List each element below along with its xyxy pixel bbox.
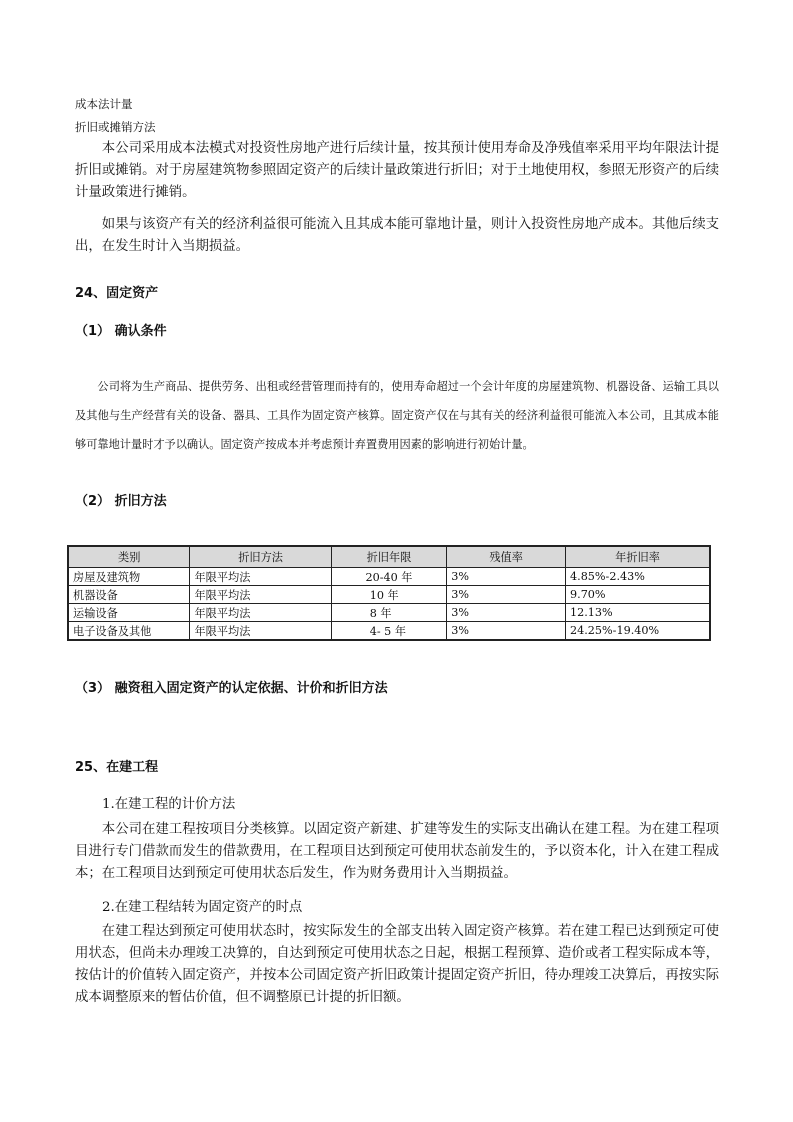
cell-years: 4- 5 年 (331, 622, 447, 641)
table-row: 电子设备及其他 年限平均法 4- 5 年 3% 24.25%-19.40% (68, 622, 710, 641)
cell-category: 房屋及建筑物 (68, 568, 190, 586)
table-row: 机器设备 年限平均法 10 年 3% 9.70% (68, 586, 710, 604)
cell-residual-rate: 3% (447, 604, 566, 622)
col-header-years: 折旧年限 (331, 546, 447, 568)
cell-residual-rate: 3% (447, 622, 566, 641)
cell-years: 10 年 (331, 586, 447, 604)
section-24-heading: 24、固定资产 (75, 282, 158, 301)
construction-transfer-item: 2.在建工程结转为固定资产的时点 (102, 896, 302, 915)
cell-method: 年限平均法 (190, 586, 331, 604)
cell-years: 8 年 (331, 604, 447, 622)
col-header-residual-rate: 残值率 (447, 546, 566, 568)
depreciation-method-heading: （2） 折旧方法 (75, 490, 167, 509)
cell-annual-rate: 9.70% (566, 586, 710, 604)
finance-lease-heading: （3） 融资租入固定资产的认定依据、计价和折旧方法 (75, 677, 388, 696)
construction-valuation-item: 1.在建工程的计价方法 (102, 793, 235, 812)
recognition-conditions-paragraph: 公司将为生产商品、提供劳务、出租或经营管理而持有的，使用寿命超过一个会计年度的房… (75, 372, 719, 459)
section-25-heading: 25、在建工程 (75, 756, 158, 775)
cost-method-label: 成本法计量 (75, 97, 133, 112)
cell-years: 20-40 年 (331, 568, 447, 586)
cell-category: 运输设备 (68, 604, 190, 622)
cell-category: 电子设备及其他 (68, 622, 190, 641)
cell-residual-rate: 3% (447, 568, 566, 586)
cell-method: 年限平均法 (190, 622, 331, 641)
col-header-annual-rate: 年折旧率 (566, 546, 710, 568)
col-header-category: 类别 (68, 546, 190, 568)
col-header-method: 折旧方法 (190, 546, 331, 568)
depreciation-table: 类别 折旧方法 折旧年限 残值率 年折旧率 房屋及建筑物 年限平均法 20-40… (67, 545, 711, 641)
table-row: 房屋及建筑物 年限平均法 20-40 年 3% 4.85%-2.43% (68, 568, 710, 586)
cell-annual-rate: 24.25%-19.40% (566, 622, 710, 641)
cell-category: 机器设备 (68, 586, 190, 604)
table-row: 运输设备 年限平均法 8 年 3% 12.13% (68, 604, 710, 622)
cell-residual-rate: 3% (447, 586, 566, 604)
investment-property-paragraph-2: 如果与该资产有关的经济利益很可能流入且其成本能可靠地计量，则计入投资性房地产成本… (75, 214, 719, 258)
cell-method: 年限平均法 (190, 568, 331, 586)
recognition-conditions-heading: （1） 确认条件 (75, 320, 167, 339)
construction-valuation-paragraph: 本公司在建工程按项目分类核算。以固定资产新建、扩建等发生的实际支出确认在建工程。… (75, 819, 719, 885)
table-header-row: 类别 折旧方法 折旧年限 残值率 年折旧率 (68, 546, 710, 568)
construction-transfer-paragraph: 在建工程达到预定可使用状态时，按实际发生的全部支出转入固定资产核算。若在建工程已… (75, 921, 719, 1009)
cell-annual-rate: 12.13% (566, 604, 710, 622)
cell-annual-rate: 4.85%-2.43% (566, 568, 710, 586)
investment-property-paragraph-1: 本公司采用成本法模式对投资性房地产进行后续计量，按其预计使用寿命及净残值率采用平… (75, 138, 719, 204)
depreciation-method-label: 折旧或摊销方法 (75, 120, 156, 135)
cell-method: 年限平均法 (190, 604, 331, 622)
